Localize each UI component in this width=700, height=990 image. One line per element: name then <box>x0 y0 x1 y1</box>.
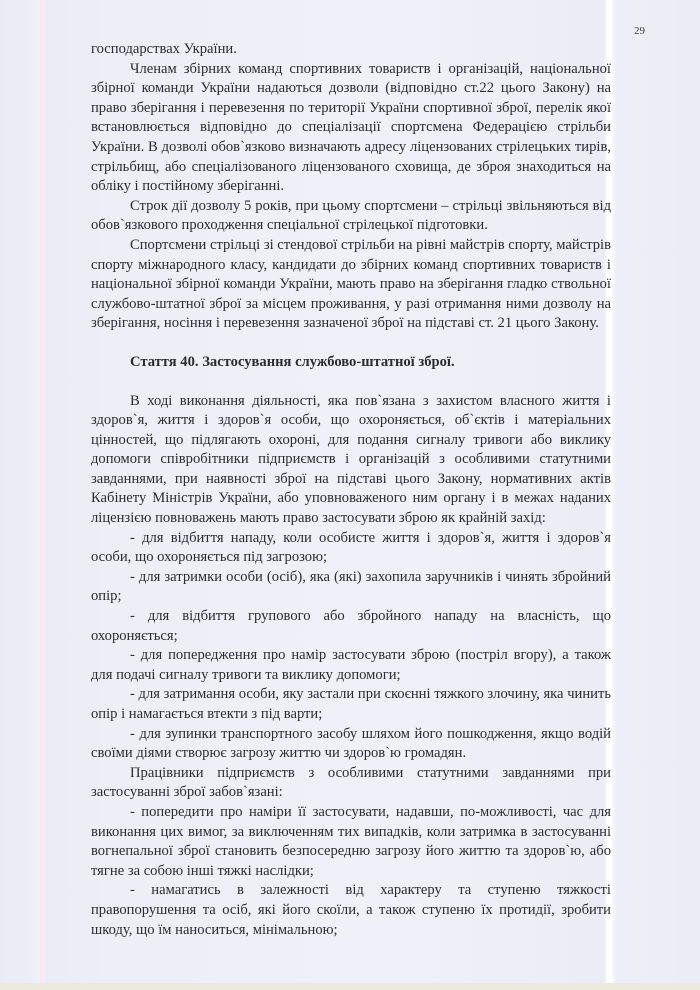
article-heading: Стаття 40. Застосування службово-штатної… <box>91 353 611 373</box>
paragraph: Строк дії дозволу 5 років, при цьому спо… <box>91 197 611 236</box>
paragraph: господарствах України. <box>91 40 611 60</box>
list-item: - для зупинки транспортного засобу шляхо… <box>91 725 611 764</box>
list-item: - намагатись в залежності від характеру … <box>91 881 611 940</box>
paragraph: Працівники підприємств з особливими стат… <box>91 764 611 803</box>
paragraph: В ході виконання діяльності, яка пов`яза… <box>91 392 611 529</box>
list-item: - для відбиття групового або збройного н… <box>91 607 611 646</box>
scanned-page: 29 господарствах України. Членам збірних… <box>0 0 700 983</box>
document-body: господарствах України. Членам збірних ко… <box>91 40 611 940</box>
list-item: - для затримки особи (осіб), яка (які) з… <box>91 568 611 607</box>
list-item: - для затримання особи, яку застали при … <box>91 685 611 724</box>
paragraph: Спортсмени стрільці зі стендової стрільб… <box>91 236 611 334</box>
list-item: - для відбиття нападу, коли особисте жит… <box>91 529 611 568</box>
scanner-bed-edge <box>0 983 700 990</box>
scan-artifact-line <box>40 0 43 983</box>
list-item: - для попередження про намір застосувати… <box>91 646 611 685</box>
page-number: 29 <box>634 25 645 37</box>
list-item: - попередити про наміри її застосувати, … <box>91 803 611 881</box>
paragraph: Членам збірних команд спортивних товарис… <box>91 60 611 197</box>
